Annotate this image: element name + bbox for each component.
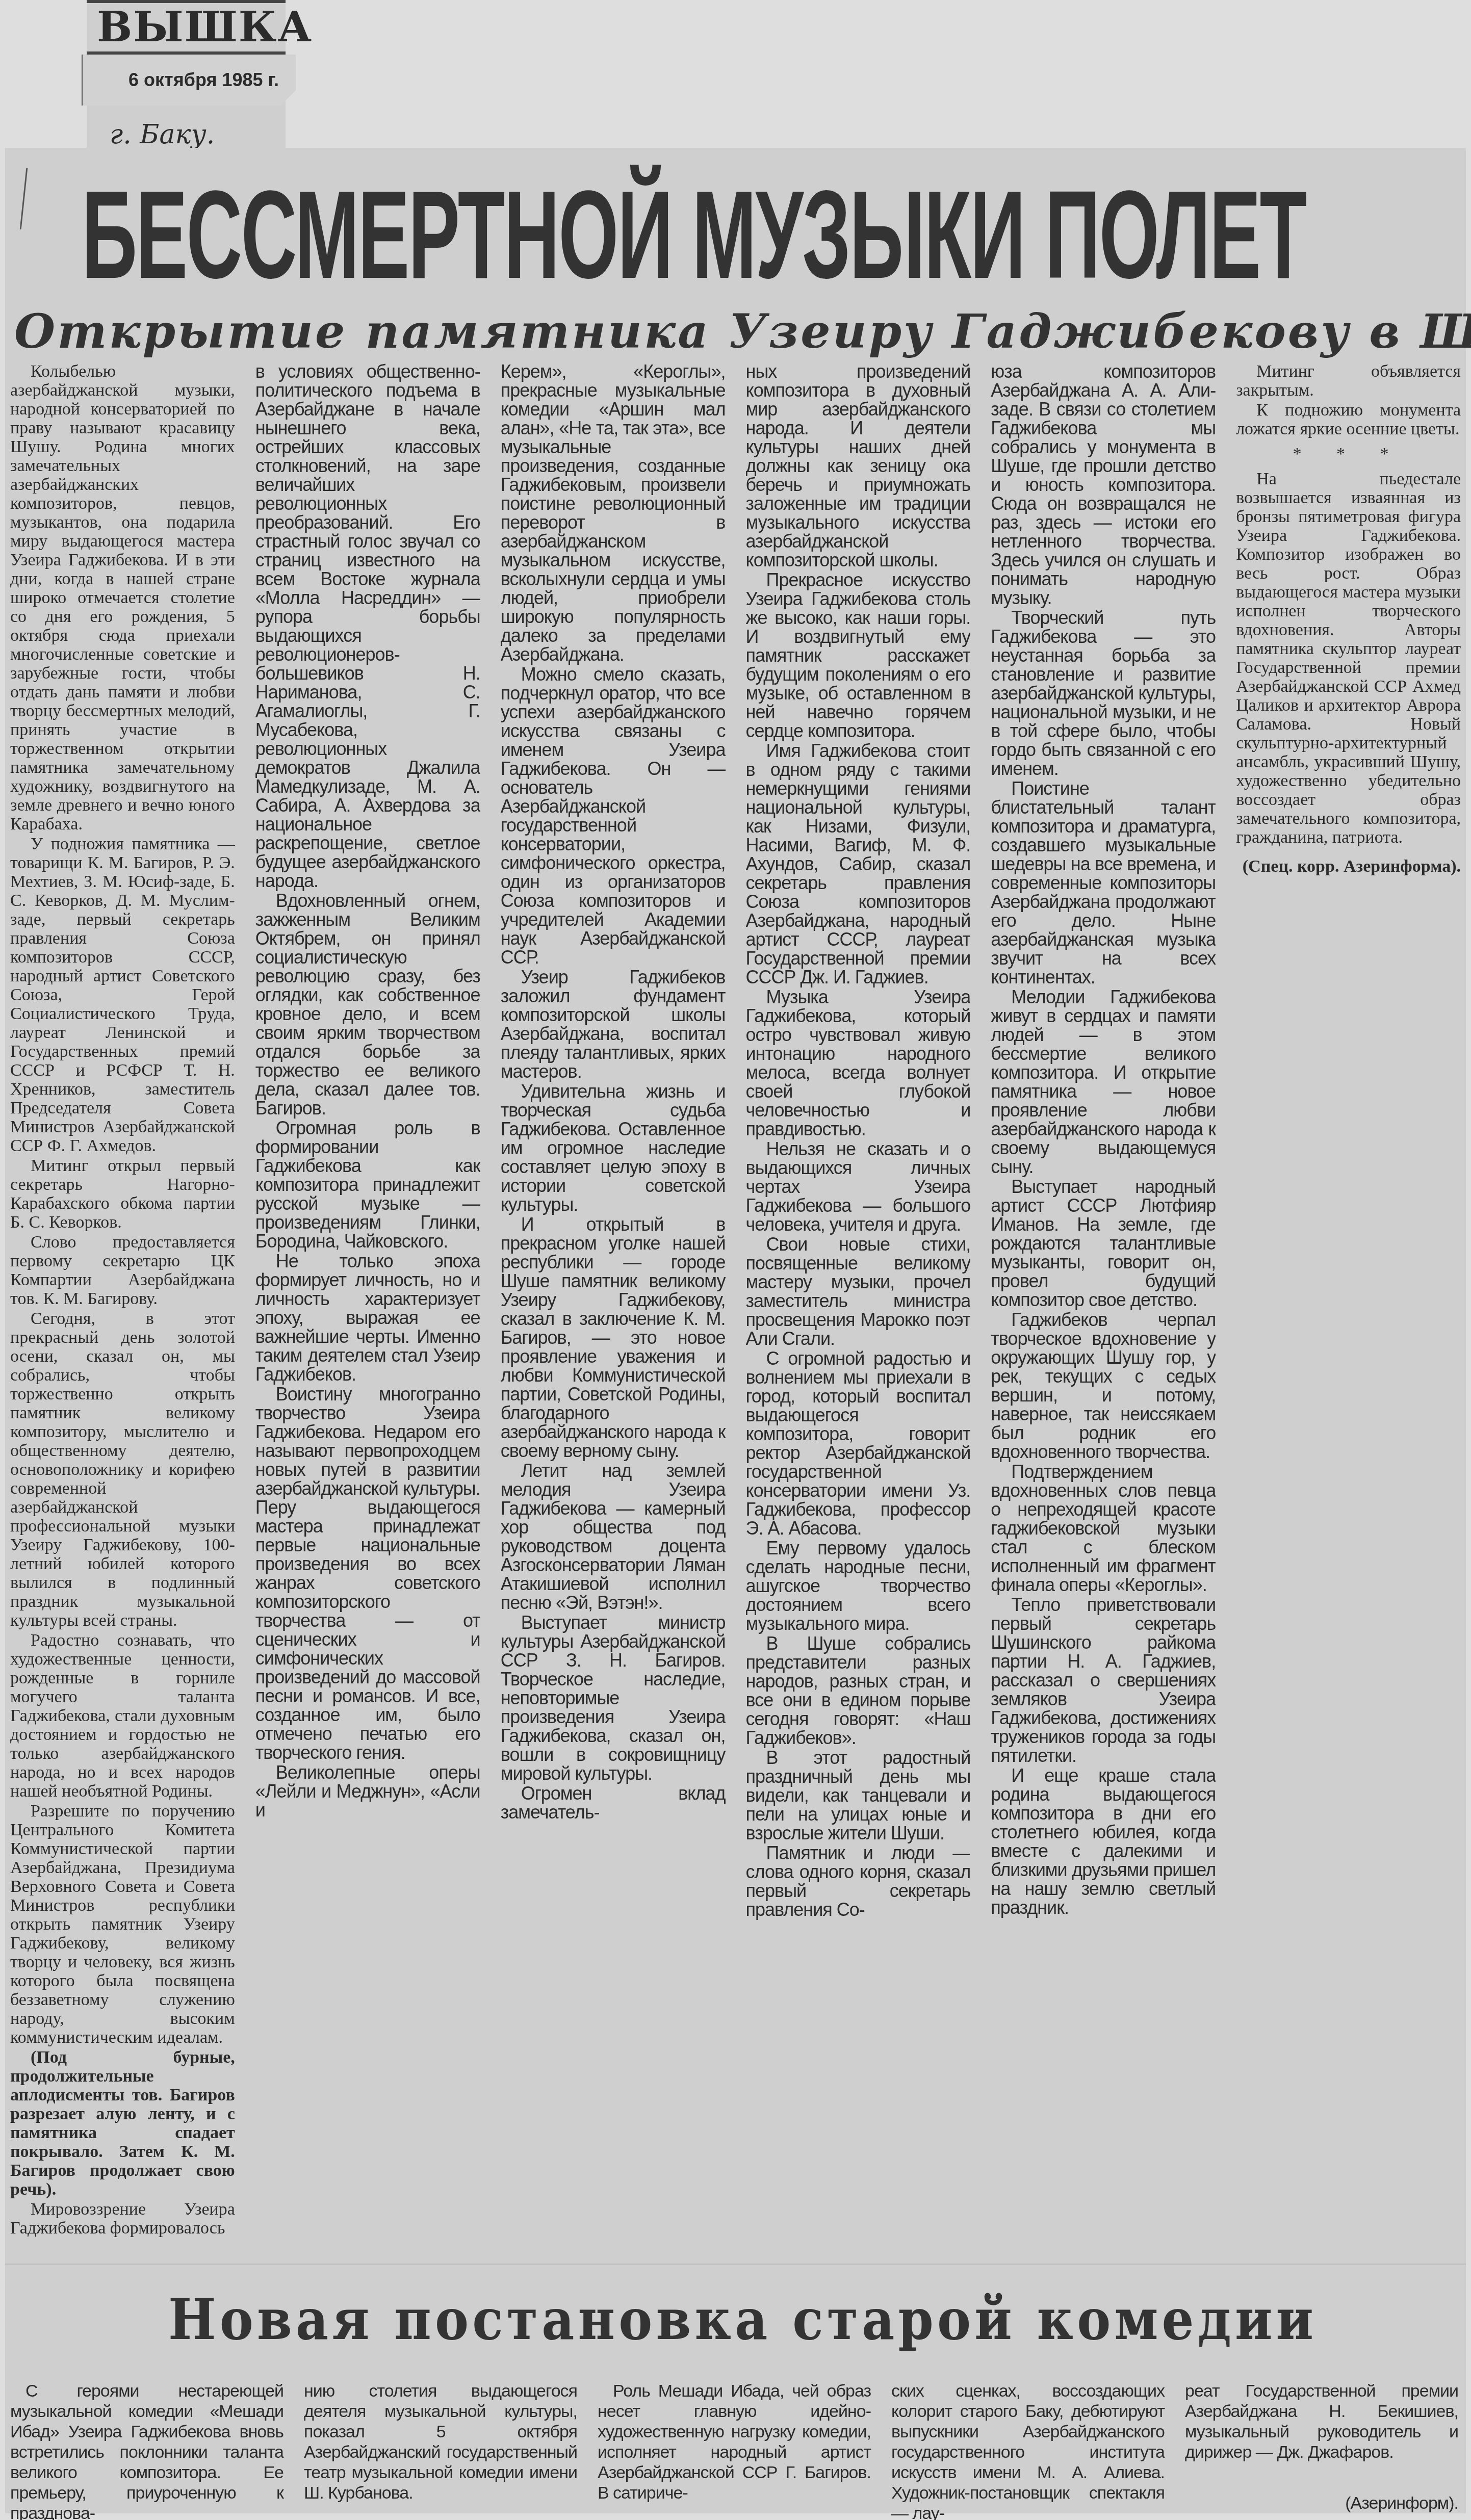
paragraph: Мелодии Гаджибекова живут в сердцах и па… (991, 988, 1216, 1176)
paragraph: юза композиторов Азербайджана А. А. Али-… (991, 362, 1216, 607)
paragraph: нию столетия выдающегося деятеля музыкал… (304, 2381, 577, 2503)
article-column-1: Колыбелью азербайджанской музыки, народн… (10, 362, 235, 2258)
paragraph: в условиях общественно-политического под… (255, 362, 480, 890)
paragraph: Огромен вклад замечатель- (501, 1784, 726, 1822)
paragraph: Роль Мешади Ибада, чей образ несет главн… (598, 2381, 871, 2503)
paragraph: И открытый в прекрасном уголке нашей рес… (501, 1215, 726, 1460)
paragraph: У подножия памятника — товарищи К. М. Ба… (10, 835, 235, 1155)
paragraph: Выступает министр культуры Азербайджанск… (501, 1613, 726, 1783)
paragraph: Огромная роль в формировании Гаджибекова… (255, 1119, 480, 1251)
second-article-column-3: Роль Мешади Ибада, чей образ несет главн… (598, 2381, 871, 2520)
second-article-column-4: ских сценках, воссоздающих колорит старо… (891, 2381, 1165, 2520)
masthead: ВЫШКА 6 октября 1985 г. г. Баку. (87, 0, 286, 164)
paragraph: Керем», «Кероглы», прекрасные музыкальны… (501, 362, 726, 664)
article-column-3: Керем», «Кероглы», прекрасные музыкальны… (501, 362, 726, 2258)
paragraph: Митинг открыл первый секретарь Нагорно-К… (10, 1156, 235, 1232)
article-column-5: юза композиторов Азербайджана А. А. Али-… (991, 362, 1216, 2258)
article-column-6: Митинг объявляется закрытым. К подножию … (1236, 362, 1461, 2258)
second-article-column-5: реат Государственной премии Азербайджана… (1185, 2381, 1458, 2520)
paragraph: Мировоззрение Узеира Гаджибекова формиро… (10, 2200, 235, 2238)
paragraph: Разрешите по поручению Центрального Коми… (10, 1802, 235, 2047)
bold-note: (Под бурные, продолжительные аплодисмент… (10, 2048, 235, 2199)
paragraph: Великолепные оперы «Лейли и Меджнун», «А… (255, 1763, 480, 1820)
paragraph: Имя Гаджибекова стоит в одном ряду с так… (746, 741, 971, 986)
paragraph: С героями нестареющей музыкальной комеди… (10, 2381, 283, 2520)
paragraph: Подтверждением вдохновенных слов певца о… (991, 1462, 1216, 1594)
paragraph: Прекрасное искусство Узеира Гаджибекова … (746, 570, 971, 740)
paragraph: В Шуше собрались представители разных на… (746, 1634, 971, 1747)
paragraph: Колыбелью азербайджанской музыки, народн… (10, 362, 235, 834)
article-body: Колыбелью азербайджанской музыки, народн… (10, 362, 1461, 2258)
newspaper-clipping: БЕССМЕРТНОЙ МУЗЫКИ ПОЛЕТ Открытие памятн… (5, 148, 1466, 2513)
second-article-column-1: С героями нестареющей музыкальной комеди… (10, 2381, 283, 2520)
article-column-2: в условиях общественно-политического под… (255, 362, 480, 2258)
article-column-4: ных произведений композитора в духовный … (746, 362, 971, 2258)
second-article-body: С героями нестареющей музыкальной комеди… (10, 2381, 1458, 2513)
paragraph: На пьедестале возвышается изваянная из б… (1236, 470, 1461, 847)
newspaper-name: ВЫШКА (87, 0, 286, 55)
paragraph: Летит над землей мелодия Узеира Гаджибек… (501, 1461, 726, 1612)
paragraph: Вдохновленный огнем, зажженным Великим О… (255, 891, 480, 1118)
paragraph: Тепло приветствовали первый секретарь Шу… (991, 1595, 1216, 1765)
paragraph: Слово предоставляется первому секретарю … (10, 1233, 235, 1308)
section-separator: * * * (1236, 445, 1461, 463)
subheadline: Открытие памятника Узеиру Гаджибекову в … (14, 301, 1462, 362)
paragraph: Не только эпоха формирует личность, но и… (255, 1252, 480, 1384)
second-article-signature: (Азеринформ). (1185, 2493, 1458, 2513)
paragraph: Митинг объявляется закрытым. (1236, 362, 1461, 400)
paragraph: Сегодня, в этот прекрасный день золотой … (10, 1309, 235, 1630)
paragraph: Выступает народный артист СССР Лютфияр И… (991, 1177, 1216, 1309)
article-divider (5, 2264, 1466, 2265)
paragraph: Музыка Узеира Гаджибекова, который остро… (746, 988, 971, 1138)
main-headline: БЕССМЕРТНОЙ МУЗЫКИ ПОЛЕТ (82, 158, 891, 311)
paragraph: Нельзя не сказать и о выдающихся личных … (746, 1139, 971, 1234)
paragraph: ных произведений композитора в духовный … (746, 362, 971, 569)
publication-date: 6 октября 1985 г. (82, 55, 296, 106)
paragraph: Свои новые стихи, посвященные великому м… (746, 1235, 971, 1348)
paragraph: ских сценках, воссоздающих колорит старо… (891, 2381, 1165, 2520)
paragraph: Ему первому удалось сделать народные пес… (746, 1539, 971, 1633)
second-article-headline: Новая постановка старой комедии (168, 2284, 1224, 2355)
second-article-column-2: нию столетия выдающегося деятеля музыкал… (304, 2381, 577, 2520)
paragraph: Поистине блистательный талант композитор… (991, 779, 1216, 986)
paragraph: И еще краше стала родина выдающегося ком… (991, 1766, 1216, 1917)
paragraph: реат Государственной премии Азербайджана… (1185, 2381, 1458, 2462)
paragraph: Радостно сознавать, что художественные ц… (10, 1631, 235, 1801)
paragraph: Воистину многогранно творчество Узеира Г… (255, 1385, 480, 1762)
paragraph: Памятник и люди — слова одного корня, ск… (746, 1843, 971, 1919)
paragraph: Удивительна жизнь и творческая судьба Га… (501, 1082, 726, 1214)
author-signature: (Спец. корр. Азеринформа). (1236, 857, 1461, 876)
checkmark-icon (10, 168, 28, 229)
paragraph: К подножию монумента ложатся яркие осенн… (1236, 401, 1461, 438)
paragraph: Узеир Гаджибеков заложил фундамент компо… (501, 968, 726, 1081)
paragraph: Гаджибеков черпал творческое вдохновение… (991, 1310, 1216, 1461)
paragraph: С огромной радостью и волнением мы приех… (746, 1349, 971, 1538)
paragraph: Творческий путь Гаджибекова — это неуста… (991, 608, 1216, 778)
paragraph: В этот радостный праздничный день мы вид… (746, 1748, 971, 1842)
paragraph: Можно смело сказать, подчеркнул оратор, … (501, 665, 726, 967)
